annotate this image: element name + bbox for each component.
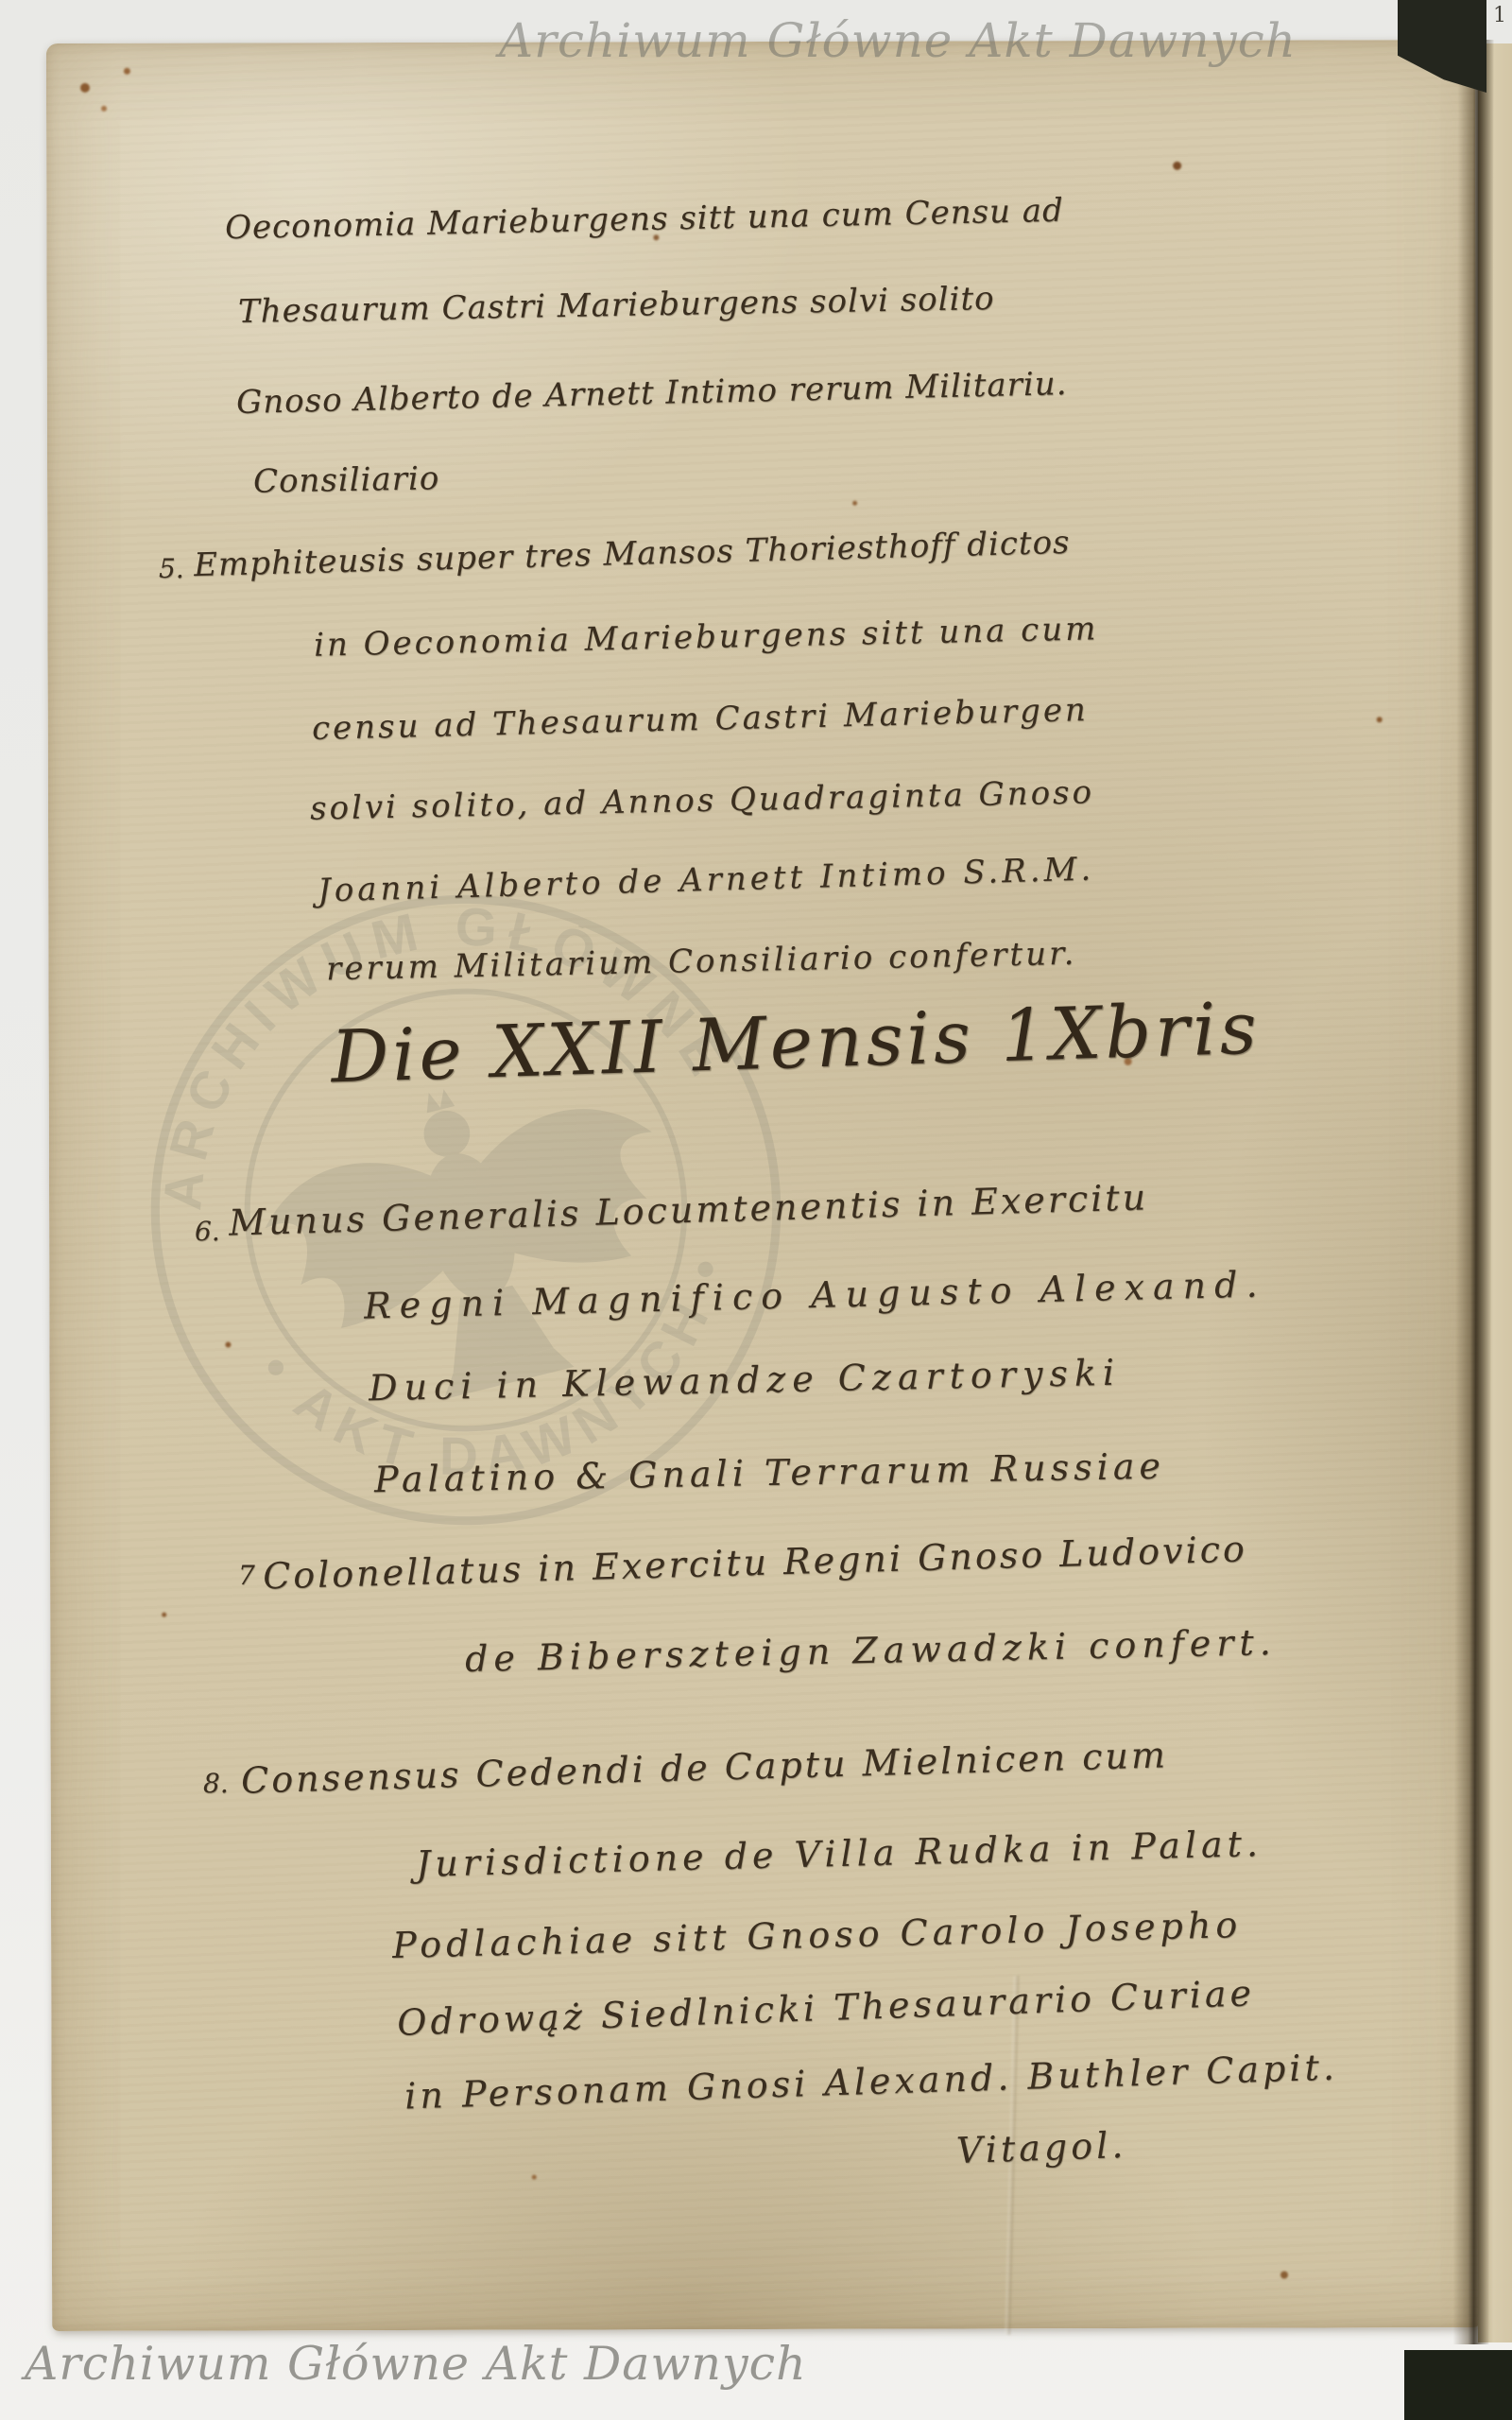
date-heading: Die XXII Mensis 1Xbris (330, 986, 1262, 1099)
manuscript-line: Emphiteusis super tres Mansos Thoriestho… (194, 524, 1071, 584)
item-marker: 8. (203, 1768, 229, 1799)
manuscript-line: Duci in Klewandze Czartoryski (369, 1352, 1122, 1409)
item-marker: 5. (159, 553, 184, 584)
page-gutter-crease (1452, 40, 1493, 2344)
manuscript-line: Odrowąż Siedlnicki Thesaurario Curiae (397, 1972, 1256, 2044)
item-marker: 6. (195, 1216, 220, 1247)
manuscript-line: Consiliario (253, 459, 440, 500)
manuscript-line: solvi solito, ad Annos Quadraginta Gnoso (310, 773, 1095, 827)
manuscript-line: in Oeconomia Marieburgens sitt una cum (314, 610, 1099, 664)
manuscript-line: rerum Militarium Consiliario confertur. (326, 935, 1077, 989)
archive-scan: { "page": { "corner_mark": "1" }, "water… (0, 0, 1512, 2420)
manuscript-line: Gnoso Alberto de Arnett Intimo rerum Mil… (236, 365, 1068, 422)
manuscript-line: Thesaurum Castri Marieburgens solvi soli… (238, 280, 995, 331)
manuscript-line: censu ad Thesaurum Castri Marieburgen (312, 691, 1090, 748)
spine-shadow-bottom (1404, 2350, 1512, 2420)
manuscript-line: Oeconomia Marieburgens sitt una cum Cens… (225, 192, 1065, 248)
manuscript-line: Vitagol. (955, 2124, 1127, 2171)
manuscript-line: Palatino & Gnali Terrarum Russiae (374, 1445, 1166, 1501)
handwriting-layer: Oeconomia Marieburgens sitt una cum Cens… (0, 0, 1512, 2420)
watermark-bottom: Archiwum Główne Akt Dawnych (25, 2337, 807, 2391)
manuscript-line: Podlachiae sitt Gnoso Carolo Josepho (392, 1904, 1243, 1966)
manuscript-line: in Personam Gnosi Alexand. Buthler Capit… (404, 2046, 1339, 2117)
manuscript-line: de Biberszteign Zawadzki confert. (465, 1621, 1278, 1680)
manuscript-line: Joanni Alberto de Arnett Intimo S.R.M. (318, 851, 1095, 910)
manuscript-line: Consensus Cedendi de Captu Mielnicen cum (241, 1734, 1169, 1801)
watermark-top: Archiwum Główne Akt Dawnych (499, 13, 1297, 68)
manuscript-line: Regni Magnifico Augusto Alexand. (364, 1263, 1266, 1326)
page-number: 1 (1493, 4, 1506, 27)
manuscript-line: Jurisdictione de Villa Rudka in Palat. (416, 1823, 1263, 1885)
manuscript-line: Colonellatus in Exercitu Regni Gnoso Lud… (263, 1528, 1248, 1597)
item-marker: 7 (238, 1560, 255, 1591)
manuscript-line: Munus Generalis Locumtenentis in Exercit… (229, 1176, 1149, 1243)
